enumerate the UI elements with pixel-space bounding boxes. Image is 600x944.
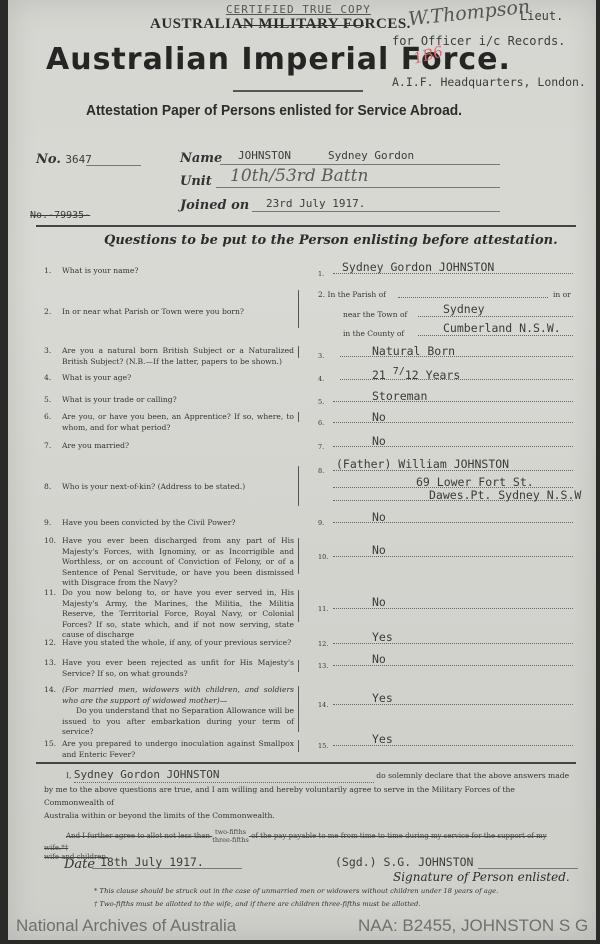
answer-number: 10.	[318, 553, 328, 561]
question-13: 13.Have you ever been rejected as unfit …	[44, 658, 294, 679]
dotted-line	[333, 401, 573, 402]
question-7: 7.Are you married?	[44, 441, 294, 452]
struck-allotment-clause: And I further agree to allot not less th…	[44, 828, 574, 844]
signature-caption: Signature of Person enlisted.	[393, 870, 570, 884]
question-3: 3.Are you a natural born British Subject…	[44, 346, 294, 367]
answer-number: 12.	[318, 640, 328, 648]
dotted-line	[333, 522, 573, 523]
question-8: 8.Who is your next-of-kin? (Address to b…	[44, 482, 294, 493]
question-9: 9.Have you been convicted by the Civil P…	[44, 518, 294, 529]
in-or-text: in or	[553, 290, 571, 299]
rank-text: Lieut.	[520, 9, 563, 23]
joined-label: Joined on	[180, 198, 249, 213]
answer-number: 11.	[318, 605, 328, 613]
question-11: 11.Do you now belong to, or have you eve…	[44, 588, 294, 641]
dotted-line	[418, 316, 573, 317]
answer-number: 15.	[318, 742, 328, 750]
answer-12: Yes	[372, 630, 393, 644]
question-4: 4.What is your age?	[44, 373, 294, 384]
unit-value: 10th/53rd Battn	[230, 166, 368, 186]
dotted-line	[398, 297, 548, 298]
question-15: 15.Are you prepared to undergo inoculati…	[44, 739, 294, 760]
date-value: 18th July 1917.	[100, 855, 204, 869]
divider	[233, 90, 363, 92]
answer-10: No	[372, 543, 386, 557]
dotted-line	[340, 379, 573, 380]
dotted-line	[333, 665, 573, 666]
brace	[298, 660, 299, 672]
surname-value: JOHNSTON	[238, 149, 291, 162]
joined-value: 23rd July 1917.	[266, 197, 365, 210]
brace	[298, 346, 299, 358]
brace	[298, 412, 299, 422]
county-label: in the County of	[343, 329, 404, 338]
attestation-paper: CERTIFIED TRUE COPY AUSTRALIAN MILITARY …	[8, 0, 596, 940]
footnote-1: * This clause should be struck out in th…	[94, 887, 498, 895]
certified-copy-stamp: CERTIFIED TRUE COPY	[226, 3, 371, 16]
dotted-line	[333, 704, 573, 705]
dotted-line	[333, 745, 573, 746]
underline	[92, 868, 242, 869]
question-14: 14.(For married men, widowers with child…	[44, 685, 294, 738]
answer-number: 13.	[318, 662, 328, 670]
answer-number: 5.	[318, 398, 324, 406]
brace	[298, 686, 299, 732]
answer-15: Yes	[372, 732, 393, 746]
answer-2-town: Sydney	[443, 302, 485, 316]
answer-1: Sydney Gordon JOHNSTON	[342, 260, 494, 274]
given-names-value: Sydney Gordon	[328, 149, 414, 162]
question-1: 1.What is your name?	[44, 266, 294, 277]
answer-number: 14.	[318, 701, 328, 709]
answer-number: 6.	[318, 419, 324, 427]
underline	[478, 868, 578, 869]
date-label: Date	[64, 857, 95, 872]
officer-signature: W.Thompson	[407, 0, 531, 30]
answer-number: 7.	[318, 443, 324, 451]
dotted-line	[333, 500, 573, 501]
section-divider	[36, 225, 576, 227]
headquarters-text: A.I.F. Headquarters, London.	[392, 75, 586, 89]
dotted-line	[333, 446, 573, 447]
watermark-reference: NAA: B2455, JOHNSTON S G	[358, 916, 588, 936]
question-10: 10.Have you ever been discharged from an…	[44, 536, 294, 589]
dotted-line	[418, 335, 573, 336]
dotted-line	[333, 470, 573, 471]
question-2: 2.In or near what Parish or Town were yo…	[44, 307, 294, 318]
strike-line	[240, 25, 364, 26]
brace	[298, 538, 299, 574]
dotted-line	[333, 273, 573, 274]
form-subtitle: Attestation Paper of Persons enlisted fo…	[86, 102, 462, 119]
answer-14: Yes	[372, 691, 393, 705]
answer-number: 3.	[318, 352, 324, 360]
answer-2-parish-label: 2. In the Parish of	[318, 290, 386, 299]
answer-8-line1: (Father) William JOHNSTON	[336, 457, 509, 471]
struck-number: No.-79935-	[30, 210, 90, 221]
declaration: I, Sydney Gordon JOHNSTON do solemnly de…	[44, 768, 574, 862]
section-divider	[36, 762, 576, 764]
answer-number: 9.	[318, 519, 324, 527]
questions-heading: Questions to be put to the Person enlist…	[104, 233, 558, 248]
brace	[298, 740, 299, 752]
answer-number: 1.	[318, 270, 324, 278]
underline	[86, 165, 141, 166]
number-field: No. 3647	[36, 152, 92, 167]
declarant-name: Sydney Gordon JOHNSTON	[74, 768, 374, 783]
name-label: Name	[180, 151, 222, 166]
answer-2-county: Cumberland N.S.W.	[443, 321, 561, 335]
dotted-line	[333, 643, 573, 644]
number-label: No.	[36, 152, 61, 167]
dotted-line	[340, 356, 573, 357]
answer-11: No	[372, 595, 386, 609]
underline	[220, 164, 500, 165]
answer-13: No	[372, 652, 386, 666]
question-5: 5.What is your trade or calling?	[44, 395, 294, 406]
signature-value: (Sgd.) S.G. JOHNSTON	[335, 855, 473, 869]
dotted-line	[333, 422, 573, 423]
underline	[216, 187, 500, 188]
watermark-archive-name: National Archives of Australia	[16, 916, 236, 936]
question-12: 12.Have you stated the whole, if any, of…	[44, 638, 294, 649]
dotted-line	[333, 556, 573, 557]
answer-number: 4.	[318, 375, 324, 383]
underline	[252, 211, 500, 212]
unit-label: Unit	[180, 174, 212, 189]
answer-number: 8.	[318, 467, 324, 475]
footnote-2: † Two-fifths must be allotted to the wif…	[94, 900, 420, 908]
brace	[298, 466, 299, 506]
brace	[298, 590, 299, 622]
question-6: 6.Are you, or have you been, an Apprenti…	[44, 412, 294, 433]
town-label: near the Town of	[343, 310, 407, 319]
brace	[298, 290, 299, 328]
dotted-line	[333, 608, 573, 609]
